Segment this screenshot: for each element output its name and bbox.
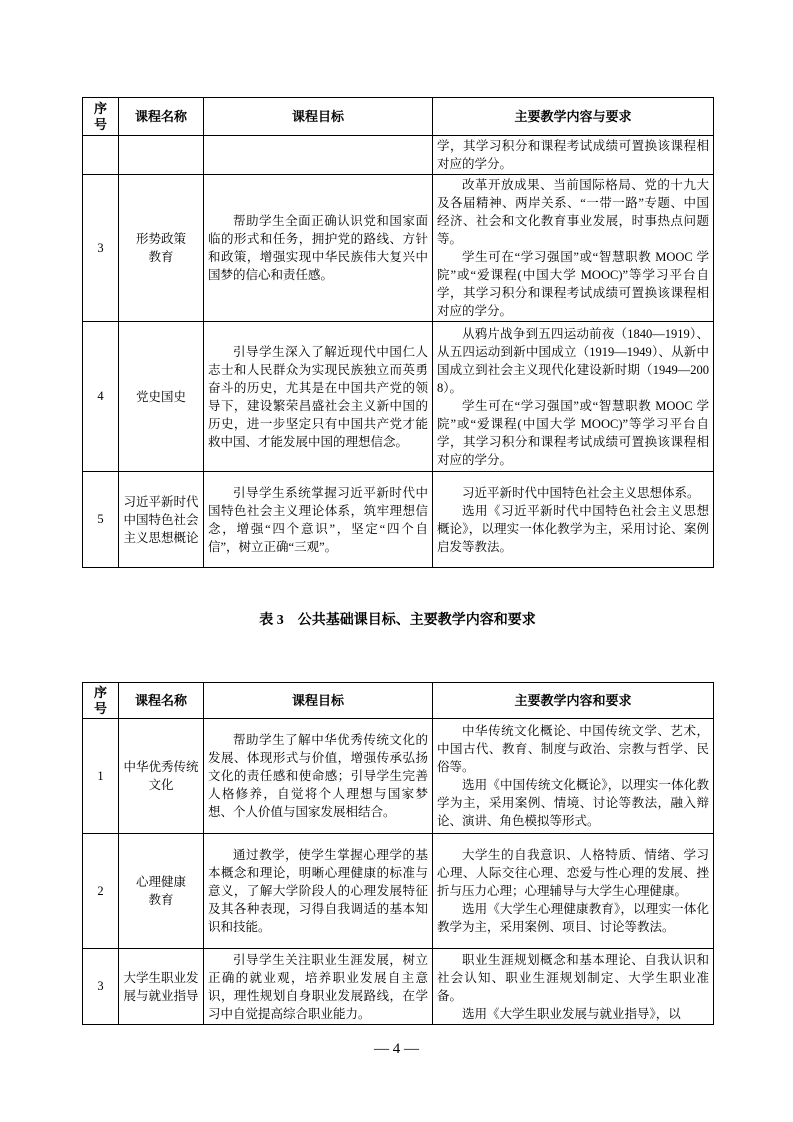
course-table-ideology-continued: 序 号 课程名称 课程目标 主要教学内容与要求 学，其学习积分和课程考试成绩可置… (82, 97, 714, 568)
cell-seq: 3 (83, 949, 119, 1025)
cell-seq: 2 (83, 834, 119, 949)
table-row: 5 习近平新时代中国特色社会主义思想概论 引导学生系统掌握习近平新时代中国特色社… (83, 472, 714, 568)
content-paragraph: 改革开放成果、当前国际格局、党的十九大及各届精神、两岸关系、“一带一路”专题、中… (437, 176, 709, 248)
course-table-public-basic: 序 号 课程名称 课程目标 主要教学内容和要求 1 中华优秀传统文化 帮助学生了… (82, 682, 714, 1025)
table-row: 学，其学习积分和课程考试成绩可置换该课程相对应的学分。 (83, 136, 714, 175)
cell-seq: 3 (83, 175, 119, 322)
content-paragraph: 学，其学习积分和课程考试成绩可置换该课程相对应的学分。 (437, 137, 709, 173)
cell-course-goal: 帮助学生了解中华优秀传统文化的发展、体现形式与价值，增强传承弘扬文化的责任感和使… (204, 719, 433, 834)
cell-course-goal: 引导学生系统掌握习近平新时代中国特色社会主义理论体系，筑牢理想信念，增强“四个意… (204, 472, 433, 568)
document-page: 序 号 课程名称 课程目标 主要教学内容与要求 学，其学习积分和课程考试成绩可置… (0, 0, 793, 1122)
cell-seq: 5 (83, 472, 119, 568)
table-header-row: 序 号 课程名称 课程目标 主要教学内容与要求 (83, 98, 714, 136)
table-row: 3 形势政策 教育 帮助学生全面正确认识党和国家面临的形式和任务，拥护党的路线、… (83, 175, 714, 322)
content-paragraph: 习近平新时代中国特色社会主义思想体系。 (437, 484, 709, 502)
content-paragraph: 从鸦片战争到五四运动前夜（1840—1919）、从五四运动到新中国成立（1919… (437, 325, 709, 397)
content-paragraph: 选用《大学生心理健康教育》，以理实一体化教学为主，采用案例、项目、讨论等教法。 (437, 900, 709, 936)
goal-paragraph: 引导学生系统掌握习近平新时代中国特色社会主义理论体系，筑牢理想信念，增强“四个意… (208, 484, 428, 556)
header-teaching-content: 主要教学内容与要求 (433, 98, 714, 136)
goal-paragraph: 引导学生深入了解近现代中国仁人志士和人民群众为实现民族独立而英勇奋斗的历史，尤其… (208, 343, 428, 451)
content-paragraph: 选用《中国传统文化概论》，以理实一体化教学为主，采用案例、情境、讨论等教法，融入… (437, 776, 709, 830)
content-paragraph: 学生可在“学习强国”或“智慧职教 MOOC 学院”或“爱课程(中国大学 MOOC… (437, 248, 709, 320)
cell-seq: 4 (83, 322, 119, 472)
content-paragraph: 职业生涯规划概念和基本理论、自我认识和社会认知、职业生涯规划制定、大学生职业准备… (437, 951, 709, 1005)
cell-course-name: 形势政策 教育 (119, 175, 204, 322)
cell-course-name: 心理健康 教育 (119, 834, 204, 949)
header-teaching-content: 主要教学内容和要求 (433, 683, 714, 719)
table-row: 4 党史国史 引导学生深入了解近现代中国仁人志士和人民群众为实现民族独立而英勇奋… (83, 322, 714, 472)
cell-course-name: 大学生职业发展与就业指导 (119, 949, 204, 1025)
content-paragraph: 选用《习近平新时代中国特色社会主义思想概论》，以理实一体化教学为主，采用讨论、案… (437, 502, 709, 556)
goal-paragraph: 帮助学生了解中华优秀传统文化的发展、体现形式与价值，增强传承弘扬文化的责任感和使… (208, 731, 428, 821)
cell-teaching-content: 习近平新时代中国特色社会主义思想体系。 选用《习近平新时代中国特色社会主义思想概… (433, 472, 714, 568)
cell-course-name: 习近平新时代中国特色社会主义思想概论 (119, 472, 204, 568)
goal-paragraph: 帮助学生全面正确认识党和国家面临的形式和任务，拥护党的路线、方针和政策，增强实现… (208, 212, 428, 284)
cell-course-name: 党史国史 (119, 322, 204, 472)
cell-course-name: 中华优秀传统文化 (119, 719, 204, 834)
content-paragraph: 选用《大学生职业发展与就业指导》，以 (437, 1005, 709, 1023)
cell-course-name (119, 136, 204, 175)
header-seq: 序 号 (83, 683, 119, 719)
table-header-row: 序 号 课程名称 课程目标 主要教学内容和要求 (83, 683, 714, 719)
cell-teaching-content: 中华传统文化概论、中国传统文学、艺术，中国古代、教育、制度与政治、宗教与哲学、民… (433, 719, 714, 834)
header-course-goal: 课程目标 (204, 98, 433, 136)
header-course-name: 课程名称 (119, 683, 204, 719)
header-seq: 序 号 (83, 98, 119, 136)
table-row: 1 中华优秀传统文化 帮助学生了解中华优秀传统文化的发展、体现形式与价值，增强传… (83, 719, 714, 834)
table-row: 3 大学生职业发展与就业指导 引导学生关注职业生涯发展，树立正确的就业观，培养职… (83, 949, 714, 1025)
cell-teaching-content: 大学生的自我意识、人格特质、情绪、学习心理、人际交往心理、恋爱与性心理的发展、挫… (433, 834, 714, 949)
goal-paragraph: 通过教学，使学生掌握心理学的基本概念和理论，明晰心理健康的标准与意义，了解大学阶… (208, 846, 428, 936)
cell-course-goal: 引导学生深入了解近现代中国仁人志士和人民群众为实现民族独立而英勇奋斗的历史，尤其… (204, 322, 433, 472)
header-course-goal: 课程目标 (204, 683, 433, 719)
cell-teaching-content: 学，其学习积分和课程考试成绩可置换该课程相对应的学分。 (433, 136, 714, 175)
goal-paragraph: 引导学生关注职业生涯发展，树立正确的就业观，培养职业发展自主意识，理性规划自身职… (208, 951, 428, 1023)
header-course-name: 课程名称 (119, 98, 204, 136)
cell-course-goal (204, 136, 433, 175)
table3-caption: 表 3 公共基础课目标、主要教学内容和要求 (82, 609, 713, 629)
cell-course-goal: 帮助学生全面正确认识党和国家面临的形式和任务，拥护党的路线、方针和政策，增强实现… (204, 175, 433, 322)
table-row: 2 心理健康 教育 通过教学，使学生掌握心理学的基本概念和理论，明晰心理健康的标… (83, 834, 714, 949)
content-paragraph: 学生可在“学习强国”或“智慧职教 MOOC 学院”或“爱课程(中国大学 MOOC… (437, 397, 709, 469)
cell-course-goal: 通过教学，使学生掌握心理学的基本概念和理论，明晰心理健康的标准与意义，了解大学阶… (204, 834, 433, 949)
content-paragraph: 大学生的自我意识、人格特质、情绪、学习心理、人际交往心理、恋爱与性心理的发展、挫… (437, 846, 709, 900)
content-paragraph: 中华传统文化概论、中国传统文学、艺术，中国古代、教育、制度与政治、宗教与哲学、民… (437, 722, 709, 776)
page-number: — 4 — (0, 1041, 793, 1058)
cell-teaching-content: 职业生涯规划概念和基本理论、自我认识和社会认知、职业生涯规划制定、大学生职业准备… (433, 949, 714, 1025)
cell-teaching-content: 从鸦片战争到五四运动前夜（1840—1919）、从五四运动到新中国成立（1919… (433, 322, 714, 472)
cell-teaching-content: 改革开放成果、当前国际格局、党的十九大及各届精神、两岸关系、“一带一路”专题、中… (433, 175, 714, 322)
cell-course-goal: 引导学生关注职业生涯发展，树立正确的就业观，培养职业发展自主意识，理性规划自身职… (204, 949, 433, 1025)
cell-seq: 1 (83, 719, 119, 834)
cell-seq (83, 136, 119, 175)
